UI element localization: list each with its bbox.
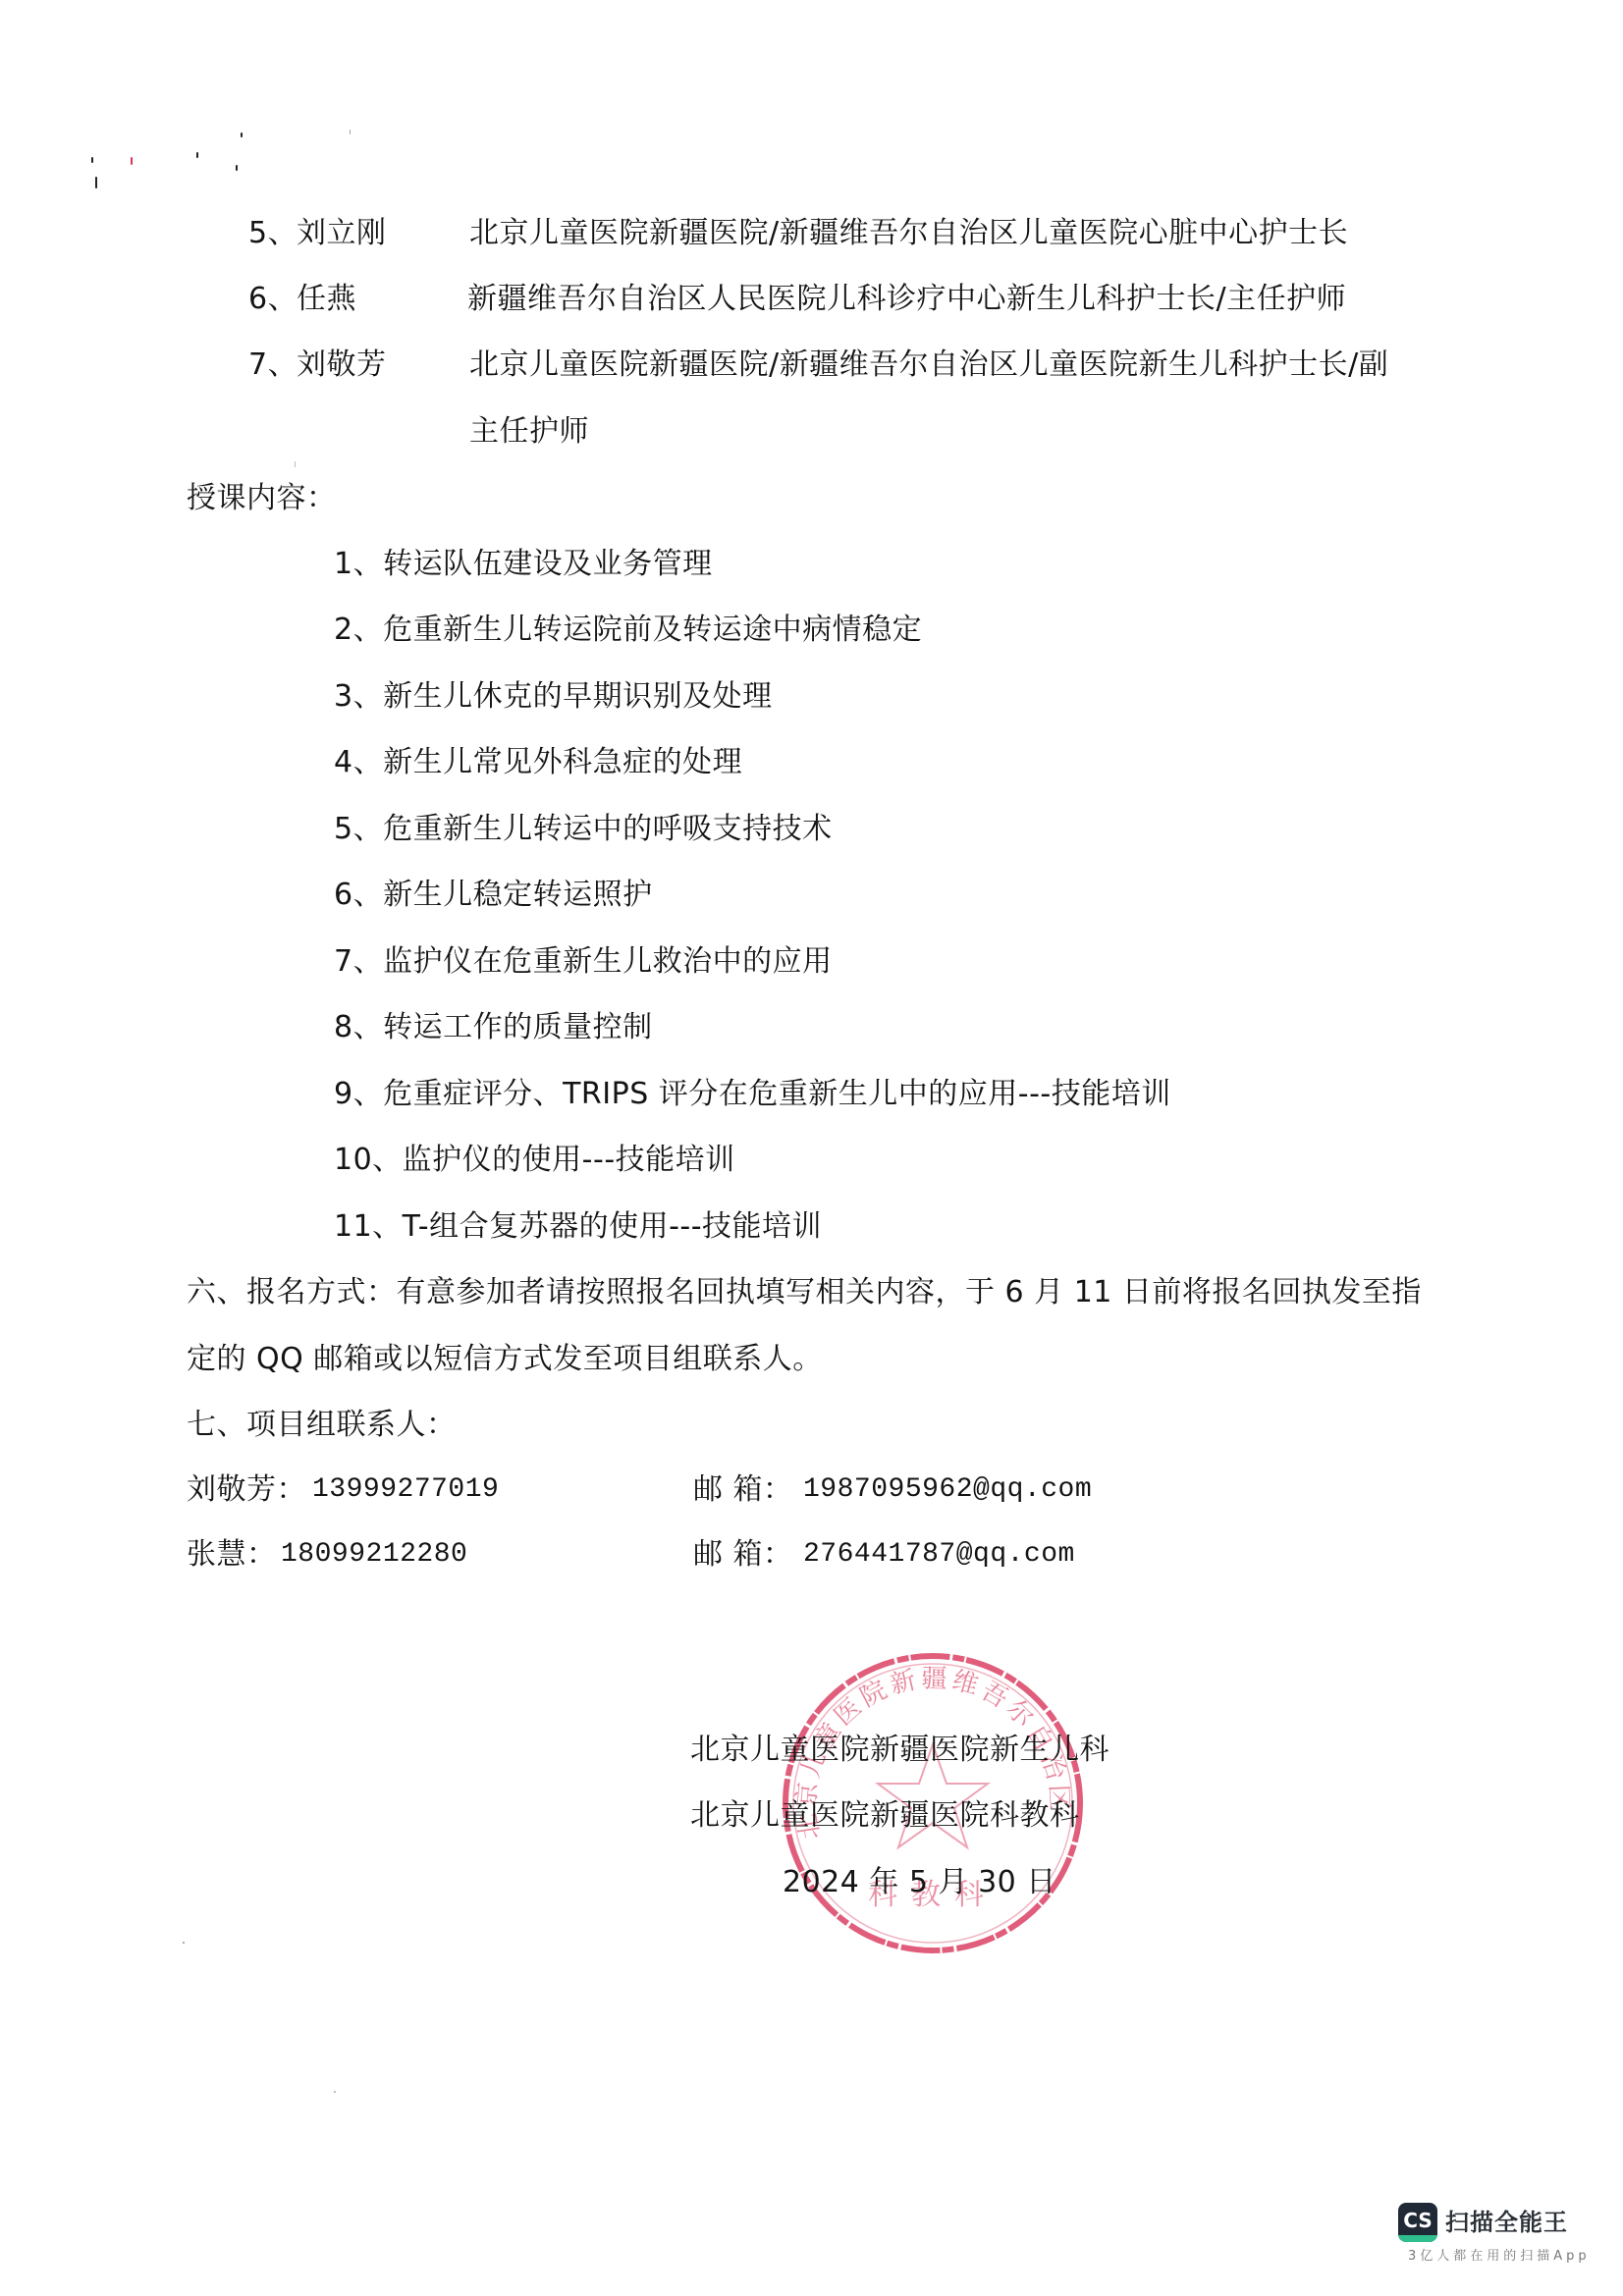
- course-item: 9、危重症评分、TRIPS 评分在危重新生儿中的应用---技能培训: [334, 1075, 1171, 1114]
- course-item: 11、T-组合复苏器的使用---技能培训: [334, 1207, 822, 1247]
- trainer-title: 北京儿童医院新疆医院/新疆维吾尔自治区儿童医院新生儿科护士长/副: [469, 346, 1388, 385]
- contact-name: 张慧：: [187, 1535, 277, 1575]
- contact-phone: 13999277019: [312, 1470, 499, 1510]
- scanner-watermark: CS 扫描全能王 3亿人都在用的扫描App: [1398, 2203, 1614, 2291]
- trainer-index: 5、: [248, 214, 298, 253]
- course-item: 4、新生儿常见外科急症的处理: [334, 743, 742, 782]
- contacts-heading: 七、项目组联系人：: [187, 1406, 457, 1445]
- course-item: 5、危重新生儿转运中的呼吸支持技术: [334, 810, 833, 849]
- contact-phone: 18099212280: [281, 1535, 467, 1575]
- trainer-title: 新疆维吾尔自治区人民医院儿科诊疗中心新生儿科护士长/主任护师: [467, 280, 1346, 319]
- contact-email-label: 邮 箱：: [693, 1470, 793, 1510]
- trainer-title-continued: 主任护师: [469, 412, 589, 452]
- watermark-app-name: 扫描全能王: [1445, 2207, 1568, 2238]
- watermark-tagline: 3亿人都在用的扫描App: [1408, 2248, 1591, 2266]
- course-item: 7、监护仪在危重新生儿救治中的应用: [334, 942, 833, 982]
- signature-date: 2024 年 5 月 30 日: [783, 1863, 1056, 1902]
- contact-email-label: 邮 箱：: [693, 1535, 793, 1575]
- course-item: 1、转运队伍建设及业务管理: [334, 545, 713, 584]
- trainer-title: 北京儿童医院新疆医院/新疆维吾尔自治区儿童医院心脏中心护士长: [469, 214, 1348, 253]
- contact-name: 刘敬芳：: [187, 1470, 306, 1510]
- trainer-name: 刘敬芳: [297, 346, 387, 385]
- course-item: 10、监护仪的使用---技能培训: [334, 1141, 735, 1180]
- trainer-index: 7、: [248, 346, 298, 385]
- registration-text: 六、报名方式：有意参加者请按照报名回执填写相关内容，于 6 月 11 日前将报名…: [187, 1273, 1422, 1312]
- signature-org-2: 北京儿童医院新疆医院科教科: [690, 1796, 1080, 1836]
- contact-email: 1987095962@qq.com: [803, 1470, 1092, 1510]
- course-heading: 授课内容：: [187, 479, 337, 518]
- course-item: 6、新生儿稳定转运照护: [334, 876, 653, 915]
- trainer-index: 6、: [248, 280, 298, 319]
- course-item: 2、危重新生儿转运院前及转运途中病情稳定: [334, 611, 922, 650]
- trainer-name: 任燕: [297, 280, 356, 319]
- course-item: 8、转运工作的质量控制: [334, 1008, 653, 1047]
- registration-text-continued: 定的 QQ 邮箱或以短信方式发至项目组联系人。: [187, 1340, 823, 1379]
- trainer-name: 刘立刚: [297, 214, 387, 253]
- course-item: 3、新生儿休克的早期识别及处理: [334, 677, 773, 717]
- contact-email: 276441787@qq.com: [803, 1535, 1075, 1575]
- signature-org-1: 北京儿童医院新疆医院新生儿科: [690, 1731, 1109, 1770]
- camscanner-logo-icon: CS: [1398, 2203, 1437, 2242]
